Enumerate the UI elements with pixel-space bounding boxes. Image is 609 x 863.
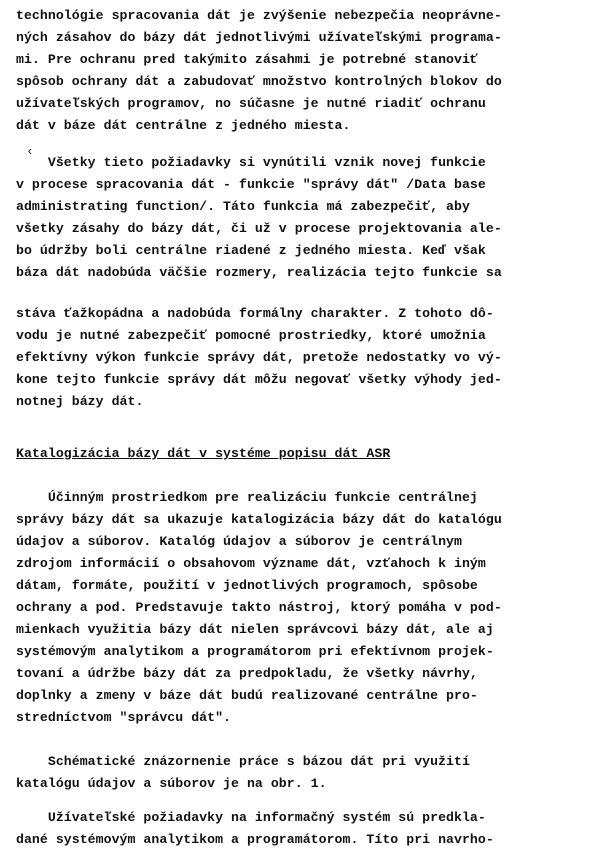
text-line: Účinným prostriedkom pre realizáciu funk… <box>16 490 478 506</box>
text-line: katalógu údajov a súborov je na obr. 1. <box>16 776 327 792</box>
text-line: notnej bázy dát. <box>16 394 143 410</box>
text-line: v procese spracovania dát - funkcie "spr… <box>16 177 486 193</box>
text-line: mienkach využitia bázy dát nielen správc… <box>16 622 494 638</box>
text-line: dát v báze dát centrálne z jedného miest… <box>16 118 350 134</box>
text-line: doplnky a zmeny v báze dát budú realizov… <box>16 688 478 704</box>
text-line: dátam, formáte, použití v jednotlivých p… <box>16 578 478 594</box>
text-line: kone tejto funkcie správy dát môžu negov… <box>16 372 502 388</box>
text-line: báza dát nadobúda väčšie rozmery, realiz… <box>16 265 502 281</box>
text-line: technológie spracovania dát je zvýšenie … <box>16 8 502 24</box>
text-line: všetky zásahy do bázy dát, či už v proce… <box>16 221 502 237</box>
text-line: administrating function/. Táto funkcia m… <box>16 199 470 215</box>
text-line: zdrojom informácií o obsahovom význame d… <box>16 556 486 572</box>
text-line: Užívateľské požiadavky na informačný sys… <box>16 810 486 826</box>
text-line: systémovým analytikom a programátorom pr… <box>16 644 494 660</box>
typewritten-page: technológie spracovania dát je zvýšenie … <box>0 0 609 863</box>
text-line: efektívny výkon funkcie správy dát, pret… <box>16 350 502 366</box>
text-line: stáva ťažkopádna a nadobúda formálny cha… <box>16 306 494 322</box>
text-line: správy bázy dát sa ukazuje katalogizácia… <box>16 512 502 528</box>
text-line: spôsob ochrany dát a zabudovať množstvo … <box>16 74 502 90</box>
text-line: údajov a súborov. Katalóg údajov a súbor… <box>16 534 462 550</box>
text-line: stredníctvom "správcu dát". <box>16 710 231 726</box>
text-line: ochrany a pod. Predstavuje takto nástroj… <box>16 600 502 616</box>
text-line: tovaní a údržbe bázy dát za predpokladu,… <box>16 666 478 682</box>
text-line: ných zásahov do bázy dát jednotlivými už… <box>16 30 502 46</box>
text-line: bo údržby boli centrálne riadené z jedné… <box>16 243 486 259</box>
text-line: mi. Pre ochranu pred takýmito zásahmi je… <box>16 52 478 68</box>
section-heading: Katalogizácia bázy dát v systéme popisu … <box>16 446 390 462</box>
text-line: Schématické znázornenie práce s bázou dá… <box>16 754 470 770</box>
text-line: dané systémovým analytikom a programátor… <box>16 832 494 848</box>
text-line: Všetky tieto požiadavky si vynútili vzni… <box>16 155 486 171</box>
text-line: vodu je nutné zabezpečiť pomocné prostri… <box>16 328 486 344</box>
text-line: užívateľských programov, no súčasne je n… <box>16 96 486 112</box>
